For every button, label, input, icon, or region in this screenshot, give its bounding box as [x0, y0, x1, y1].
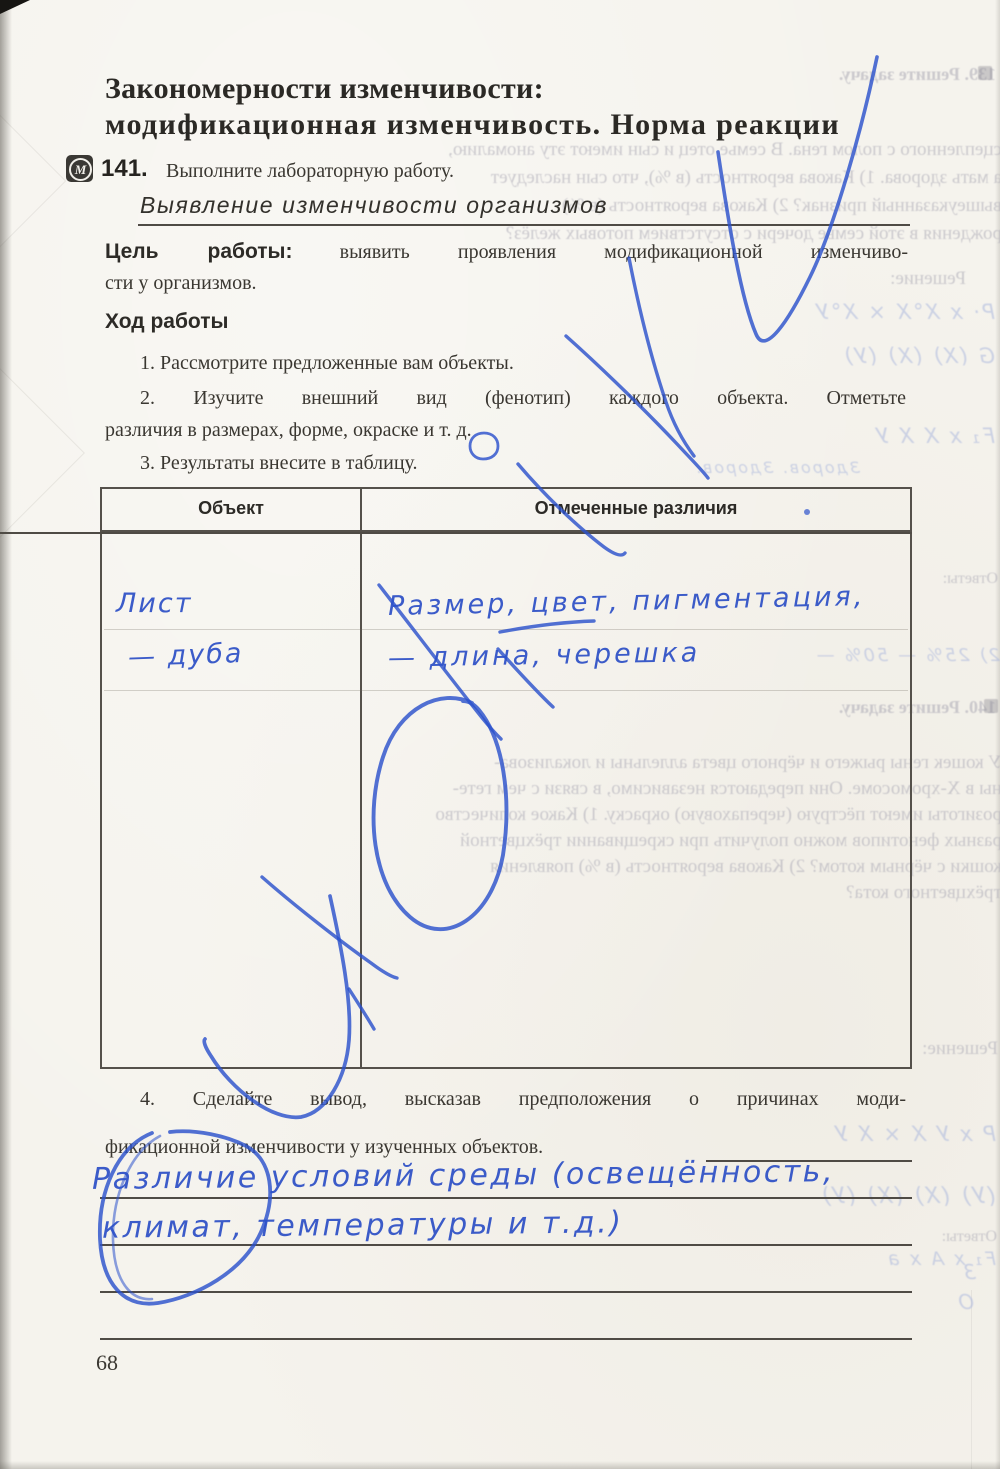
- table-column-divider: [360, 489, 362, 1067]
- scan-bottom-edge: [0, 1461, 1000, 1469]
- scan-corner-artifact: [0, 0, 30, 14]
- lab-title: Выявление изменчивости организмов: [140, 192, 608, 219]
- bleed-handwriting: Р· х Х°Х × Х°У: [600, 300, 995, 324]
- bleed-text: вышеуказанный признак? 2) Какова вероятн…: [540, 195, 1000, 217]
- step-2-line2: различия в размерах, форме, окраске и т.…: [105, 419, 472, 442]
- bleed-handwriting: G (Х) (Х) (У): [600, 344, 995, 368]
- page-crease-line: [971, 1290, 972, 1469]
- goal-label: Цель работы:: [105, 240, 293, 263]
- task-badge-letter: М: [69, 158, 92, 181]
- bleed-ruled-line: [104, 690, 908, 691]
- header-extension-line: [0, 532, 912, 534]
- bleed-ruled-line: [104, 629, 908, 630]
- page-crease: [0, 361, 85, 545]
- task-number: 141.: [101, 155, 148, 183]
- bleed-badge: [984, 699, 998, 713]
- bleed-text: Ответы:: [922, 1228, 997, 1246]
- results-table: Объект Отмеченные различия: [100, 487, 912, 1069]
- step-4-line2: фикационной изменчивости у изученных объ…: [105, 1136, 543, 1159]
- goal-line1: Цель работы: выявить проявления модифика…: [105, 240, 908, 264]
- goal-text: выявить проявления модификационной измен…: [340, 241, 908, 263]
- page-crease: [0, 112, 66, 251]
- answer-line: [100, 1197, 912, 1199]
- page-number: 68: [96, 1350, 118, 1376]
- bleed-handwriting: 3: [946, 1260, 976, 1284]
- bleed-text: сцепленного с полом гена. В семье отец и…: [540, 139, 1000, 161]
- bleed-badge: [978, 66, 992, 80]
- bleed-handwriting: О: [934, 1290, 974, 1314]
- bleed-handwriting: Здоров. Здоров.: [530, 458, 860, 477]
- bleed-text: Решение:: [856, 268, 966, 290]
- step-4-line1: 4. Сделайте вывод, высказав предположени…: [140, 1088, 906, 1111]
- procedure-label: Ход работы: [105, 310, 228, 334]
- step-3: 3. Результаты внесите в таблицу.: [140, 452, 418, 475]
- bleed-text: а мать здорова. 1) Какова вероятность (в…: [540, 167, 1000, 189]
- page-title-line1: Закономерности изменчивости:: [105, 72, 544, 106]
- task-intro: Выполните лабораторную работу.: [166, 160, 454, 183]
- bleed-text: 139. Решите задачу.: [846, 64, 996, 85]
- lab-title-underline: [138, 224, 910, 226]
- table-header-object: Объект: [102, 498, 360, 519]
- goal-line2: сти у организмов.: [105, 272, 257, 295]
- bleed-handwriting: F₁ х Х Х У: [600, 424, 995, 448]
- page-title-line2: модификационная изменчивость. Норма реак…: [105, 108, 840, 142]
- handwriting-object-1: Лист: [116, 588, 192, 619]
- pen-stroke: [470, 433, 498, 459]
- workbook-page: 139. Решите задачу. сцепленного с полом …: [0, 0, 1000, 1469]
- bleed-handwriting: Р х У Х × Х У: [676, 1122, 996, 1146]
- answer-line: [100, 1291, 912, 1293]
- step-1: 1. Рассмотрите предложенные вам объекты.: [140, 352, 514, 375]
- table-header-differences: Отмеченные различия: [362, 498, 910, 519]
- handwriting-object-2: — дуба: [127, 638, 243, 673]
- handwriting-answer-2: климат, температуры и т.д.): [102, 1205, 624, 1245]
- answer-line: [100, 1338, 912, 1340]
- handwriting-differences-2: — длина, черешка: [388, 637, 701, 673]
- task-type-badge-icon: М: [66, 155, 93, 182]
- step-2-line1: 2. Изучите внешний вид (фенотип) каждого…: [140, 387, 906, 410]
- bleed-text: Ответы:: [928, 570, 998, 588]
